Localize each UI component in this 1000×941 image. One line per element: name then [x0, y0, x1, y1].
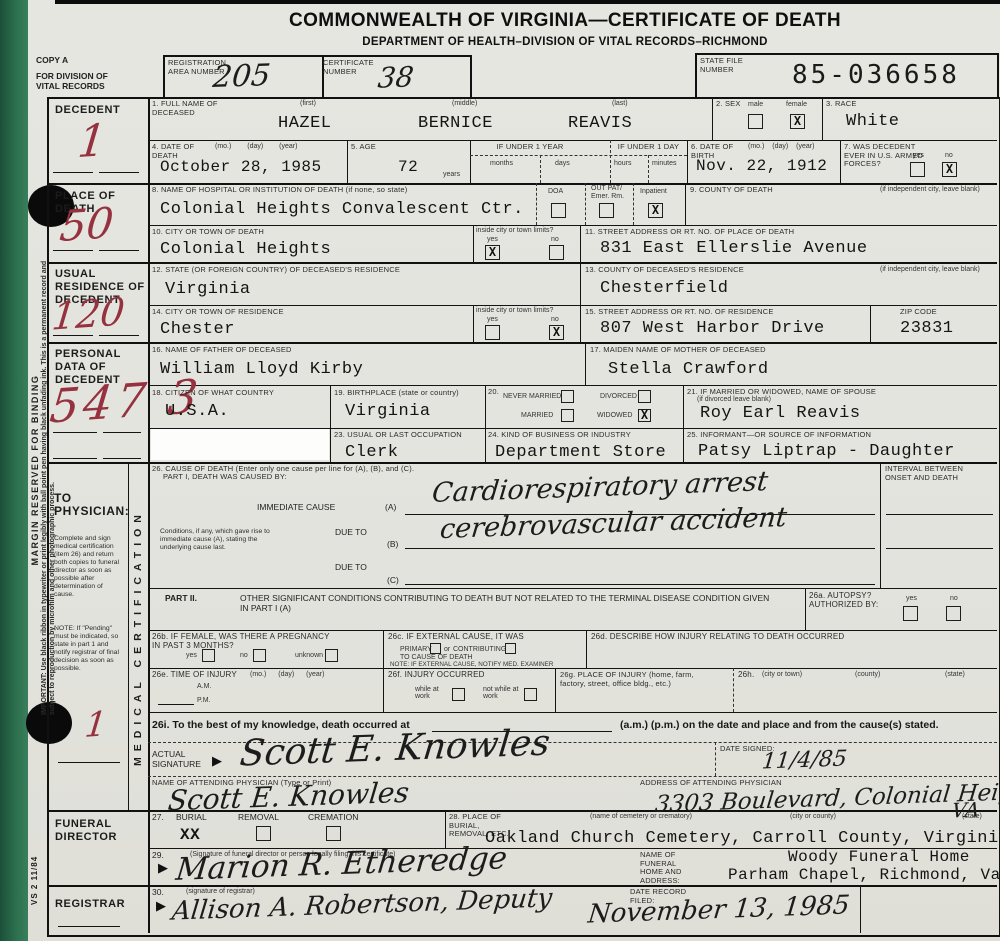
pregnancy-no-checkbox: [253, 649, 266, 662]
sex-label: 2. SEX: [716, 100, 741, 109]
death-limits-yes-checkbox: X: [485, 245, 500, 260]
funeral-home-name: Woody Funeral Home: [788, 848, 970, 866]
medical-certification-label: MEDICAL CERTIFICATION: [128, 470, 148, 805]
zip-value: 23831: [900, 319, 954, 338]
not-while-at-work-checkbox: [524, 688, 537, 701]
date-of-death-value: October 28, 1985: [160, 158, 322, 176]
physician-address-label: ADDRESS OF ATTENDING PHYSICIAN: [640, 779, 782, 788]
residence-street-value: 807 West Harbor Drive: [600, 319, 825, 338]
residence-county-label: 13. COUNTY OF DECEASED'S RESIDENCE: [585, 266, 744, 275]
certificate-number-box: CERTIFICATE NUMBER 38: [320, 55, 472, 99]
state-file-box: STATE FILE NUMBER 85-036658: [695, 53, 999, 99]
residence-street-label: 15. STREET ADDRESS OR RT. NO. OF RESIDEN…: [585, 308, 774, 317]
zip-label: ZIP CODE: [900, 308, 937, 317]
autopsy-no-checkbox: [946, 606, 961, 621]
death-limits-no-checkbox: [549, 245, 564, 260]
under-1-year-label: IF UNDER 1 YEAR: [470, 143, 590, 152]
margin-binding-note: MARGIN RESERVED FOR BINDING: [30, 250, 40, 690]
occupation-value: Clerk: [345, 443, 399, 462]
primary-checkbox: [430, 643, 441, 654]
section-funeral-director: FUNERAL DIRECTOR: [55, 818, 135, 844]
place-of-injury-label: 26g. PLACE OF INJURY (home, farm, factor…: [560, 671, 710, 688]
city-of-death-value: Colonial Heights: [160, 240, 331, 259]
injury-occurred-label: 26f. INJURY OCCURRED: [388, 671, 485, 680]
residence-limits-yes-checkbox: [485, 325, 500, 340]
death-certificate-scan: COMMONWEALTH OF VIRGINIA—CERTIFICATE OF …: [0, 0, 1000, 941]
first-name-value: HAZEL: [278, 114, 332, 133]
residence-city-value: Chester: [160, 320, 235, 339]
autopsy-label: 26a. AUTOPSY? AUTHORIZED BY:: [809, 592, 884, 609]
citizen-label: 18. CITIZEN OF WHAT COUNTRY: [152, 389, 274, 398]
time-of-injury-label: 26e. TIME OF INJURY: [152, 671, 237, 680]
state-file-value: 85-036658: [792, 60, 960, 90]
arrow-icon: ▶: [212, 753, 222, 769]
full-name-label: 1. FULL NAME OF DECEASED: [152, 100, 222, 117]
registration-area-box: REGISTRATION AREA NUMBER 205: [163, 55, 324, 99]
under-1-day-label: IF UNDER 1 DAY: [610, 143, 687, 152]
code-decedent: 1: [75, 115, 108, 168]
redacted-box: [151, 429, 329, 460]
burial-label: BURIAL: [176, 813, 207, 823]
age-value: 72: [398, 158, 418, 176]
registration-area-value: 205: [211, 58, 272, 95]
copy-for-label: FOR DIVISION OF VITAL RECORDS: [36, 72, 126, 91]
date-signed-value: 11/4/85: [761, 746, 848, 774]
married-checkbox: [561, 409, 574, 422]
marital-label: 20.: [488, 388, 499, 397]
race-value: White: [846, 112, 900, 131]
page-subtitle: DEPARTMENT OF HEALTH–DIVISION OF VITAL R…: [130, 36, 1000, 48]
form-code: VS 2 11/84: [30, 835, 39, 905]
scan-edge: [55, 0, 1000, 4]
code-place-of-death: 50: [57, 198, 116, 251]
to-physician-note2: NOTE: If "Pending" must be indicated, so…: [54, 625, 122, 673]
contributing-checkbox: [505, 643, 516, 654]
county-of-death-label: 9. COUNTY OF DEATH: [690, 186, 773, 195]
injury-description-label: 26d. DESCRIBE HOW INJURY RELATING TO DEA…: [591, 633, 844, 642]
pregnancy-unknown-checkbox: [325, 649, 338, 662]
state-file-label: STATE FILE NUMBER: [700, 57, 760, 74]
actual-signature-label: ACTUAL SIGNATURE: [152, 750, 207, 769]
citizen-value: U.S.A.: [165, 402, 229, 421]
age-label: 5. AGE: [351, 143, 376, 152]
death-street-value: 831 East Ellerslie Avenue: [600, 239, 868, 258]
informant-value: Patsy Liptrap - Daughter: [698, 442, 955, 461]
informant-label: 25. INFORMANT—OR SOURCE OF INFORMATION: [687, 431, 871, 440]
hospital-value: Colonial Heights Convalescent Ctr.: [160, 200, 524, 219]
limits2-label: inside city or town limits?: [476, 307, 576, 314]
outpatient-checkbox: [599, 203, 614, 218]
birthplace-value: Virginia: [345, 402, 431, 421]
section-registrar: REGISTRAR: [55, 898, 125, 911]
inpatient-checkbox: X: [648, 203, 663, 218]
father-label: 16. NAME OF FATHER OF DECEASED: [152, 346, 292, 355]
while-at-work-checkbox: [452, 688, 465, 701]
place-of-burial-value: Oakland Church Cemetery, Carroll County,…: [485, 829, 1000, 848]
cremation-checkbox: [326, 826, 341, 841]
mother-label: 17. MAIDEN NAME OF MOTHER OF DECEASED: [590, 346, 766, 355]
widowed-checkbox: X: [638, 409, 651, 422]
sex-female-checkbox: X: [790, 114, 805, 129]
death-street-label: 11. STREET ADDRESS OR RT. NO. OF PLACE O…: [585, 228, 794, 237]
to-physician-title: TO PHYSICIAN:: [54, 492, 124, 518]
never-married-checkbox: [561, 390, 574, 403]
removal-label: REMOVAL: [238, 813, 279, 823]
armed-forces-no-checkbox: X: [942, 162, 957, 177]
arrow-icon: ▶: [158, 860, 168, 876]
occupation-label: 23. USUAL OR LAST OCCUPATION: [334, 431, 462, 440]
race-label: 3. RACE: [826, 100, 857, 109]
divorced-checkbox: [638, 390, 651, 403]
armed-forces-yes-checkbox: [910, 162, 925, 177]
interval-label: INTERVAL BETWEEN ONSET AND DEATH: [885, 465, 985, 482]
mother-value: Stella Crawford: [608, 360, 769, 379]
residence-limits-no-checkbox: X: [549, 325, 564, 340]
birthplace-label: 19. BIRTHPLACE (state or country): [334, 389, 459, 398]
autopsy-yes-checkbox: [903, 606, 918, 621]
residence-city-label: 14. CITY OR TOWN OF RESIDENCE: [152, 308, 284, 317]
sex-male-checkbox: [748, 114, 763, 129]
scan-backdrop: [0, 0, 28, 941]
burial-mark: XX: [180, 826, 200, 844]
certificate-number-value: 38: [376, 60, 415, 94]
external-cause-label: 26c. IF EXTERNAL CAUSE, IT WAS: [388, 633, 548, 642]
code-usual-residence: 120: [50, 289, 127, 338]
arrow-icon: ▶: [156, 898, 166, 914]
page-title: COMMONWEALTH OF VIRGINIA—CERTIFICATE OF …: [130, 10, 1000, 32]
middle-name-value: BERNICE: [418, 114, 493, 133]
industry-value: Department Store: [495, 443, 666, 462]
external-cause-note: NOTE: IF EXTERNAL CAUSE, NOTIFY MED. EXA…: [390, 661, 553, 668]
city-of-death-label: 10. CITY OR TOWN OF DEATH: [152, 228, 264, 237]
cremation-label: CREMATION: [308, 813, 358, 823]
part2-text: OTHER SIGNIFICANT CONDITIONS CONTRIBUTIN…: [240, 594, 780, 613]
last-name-value: REAVIS: [568, 114, 632, 133]
industry-label: 24. KIND OF BUSINESS OR INDUSTRY: [488, 431, 631, 440]
part2-label: PART II.: [165, 594, 197, 604]
pregnancy-yes-checkbox: [202, 649, 215, 662]
copy-label: COPY A: [36, 56, 68, 66]
funeral-home-label: NAME OF FUNERAL HOME AND ADDRESS:: [640, 851, 700, 885]
date-of-birth-value: Nov. 22, 1912: [696, 157, 827, 175]
limits1-label: inside city or town limits?: [476, 227, 576, 234]
hospital-label: 8. NAME OF HOSPITAL OR INSTITUTION OF DE…: [152, 186, 542, 195]
residence-county-value: Chesterfield: [600, 279, 728, 298]
section-decedent: DECEDENT: [55, 104, 120, 117]
immediate-cause-label: IMMEDIATE CAUSE: [257, 503, 335, 513]
removal-checkbox: [256, 826, 271, 841]
code-physician: 1: [83, 704, 109, 746]
doa-checkbox: [551, 203, 566, 218]
residence-state-label: 12. STATE (OR FOREIGN COUNTRY) OF DECEAS…: [152, 266, 400, 275]
to-physician-note: Complete and sign medical certification …: [54, 535, 122, 599]
father-value: William Lloyd Kirby: [160, 360, 363, 379]
pregnancy-label: 26b. IF FEMALE, WAS THERE A PREGNANCY IN…: [152, 633, 332, 650]
residence-state-value: Virginia: [165, 280, 251, 299]
spouse-value: Roy Earl Reavis: [700, 404, 861, 423]
funeral-home-address: Parham Chapel, Richmond, Va.: [728, 866, 1000, 884]
conditions-note: Conditions, if any, which gave rise to i…: [160, 528, 272, 552]
